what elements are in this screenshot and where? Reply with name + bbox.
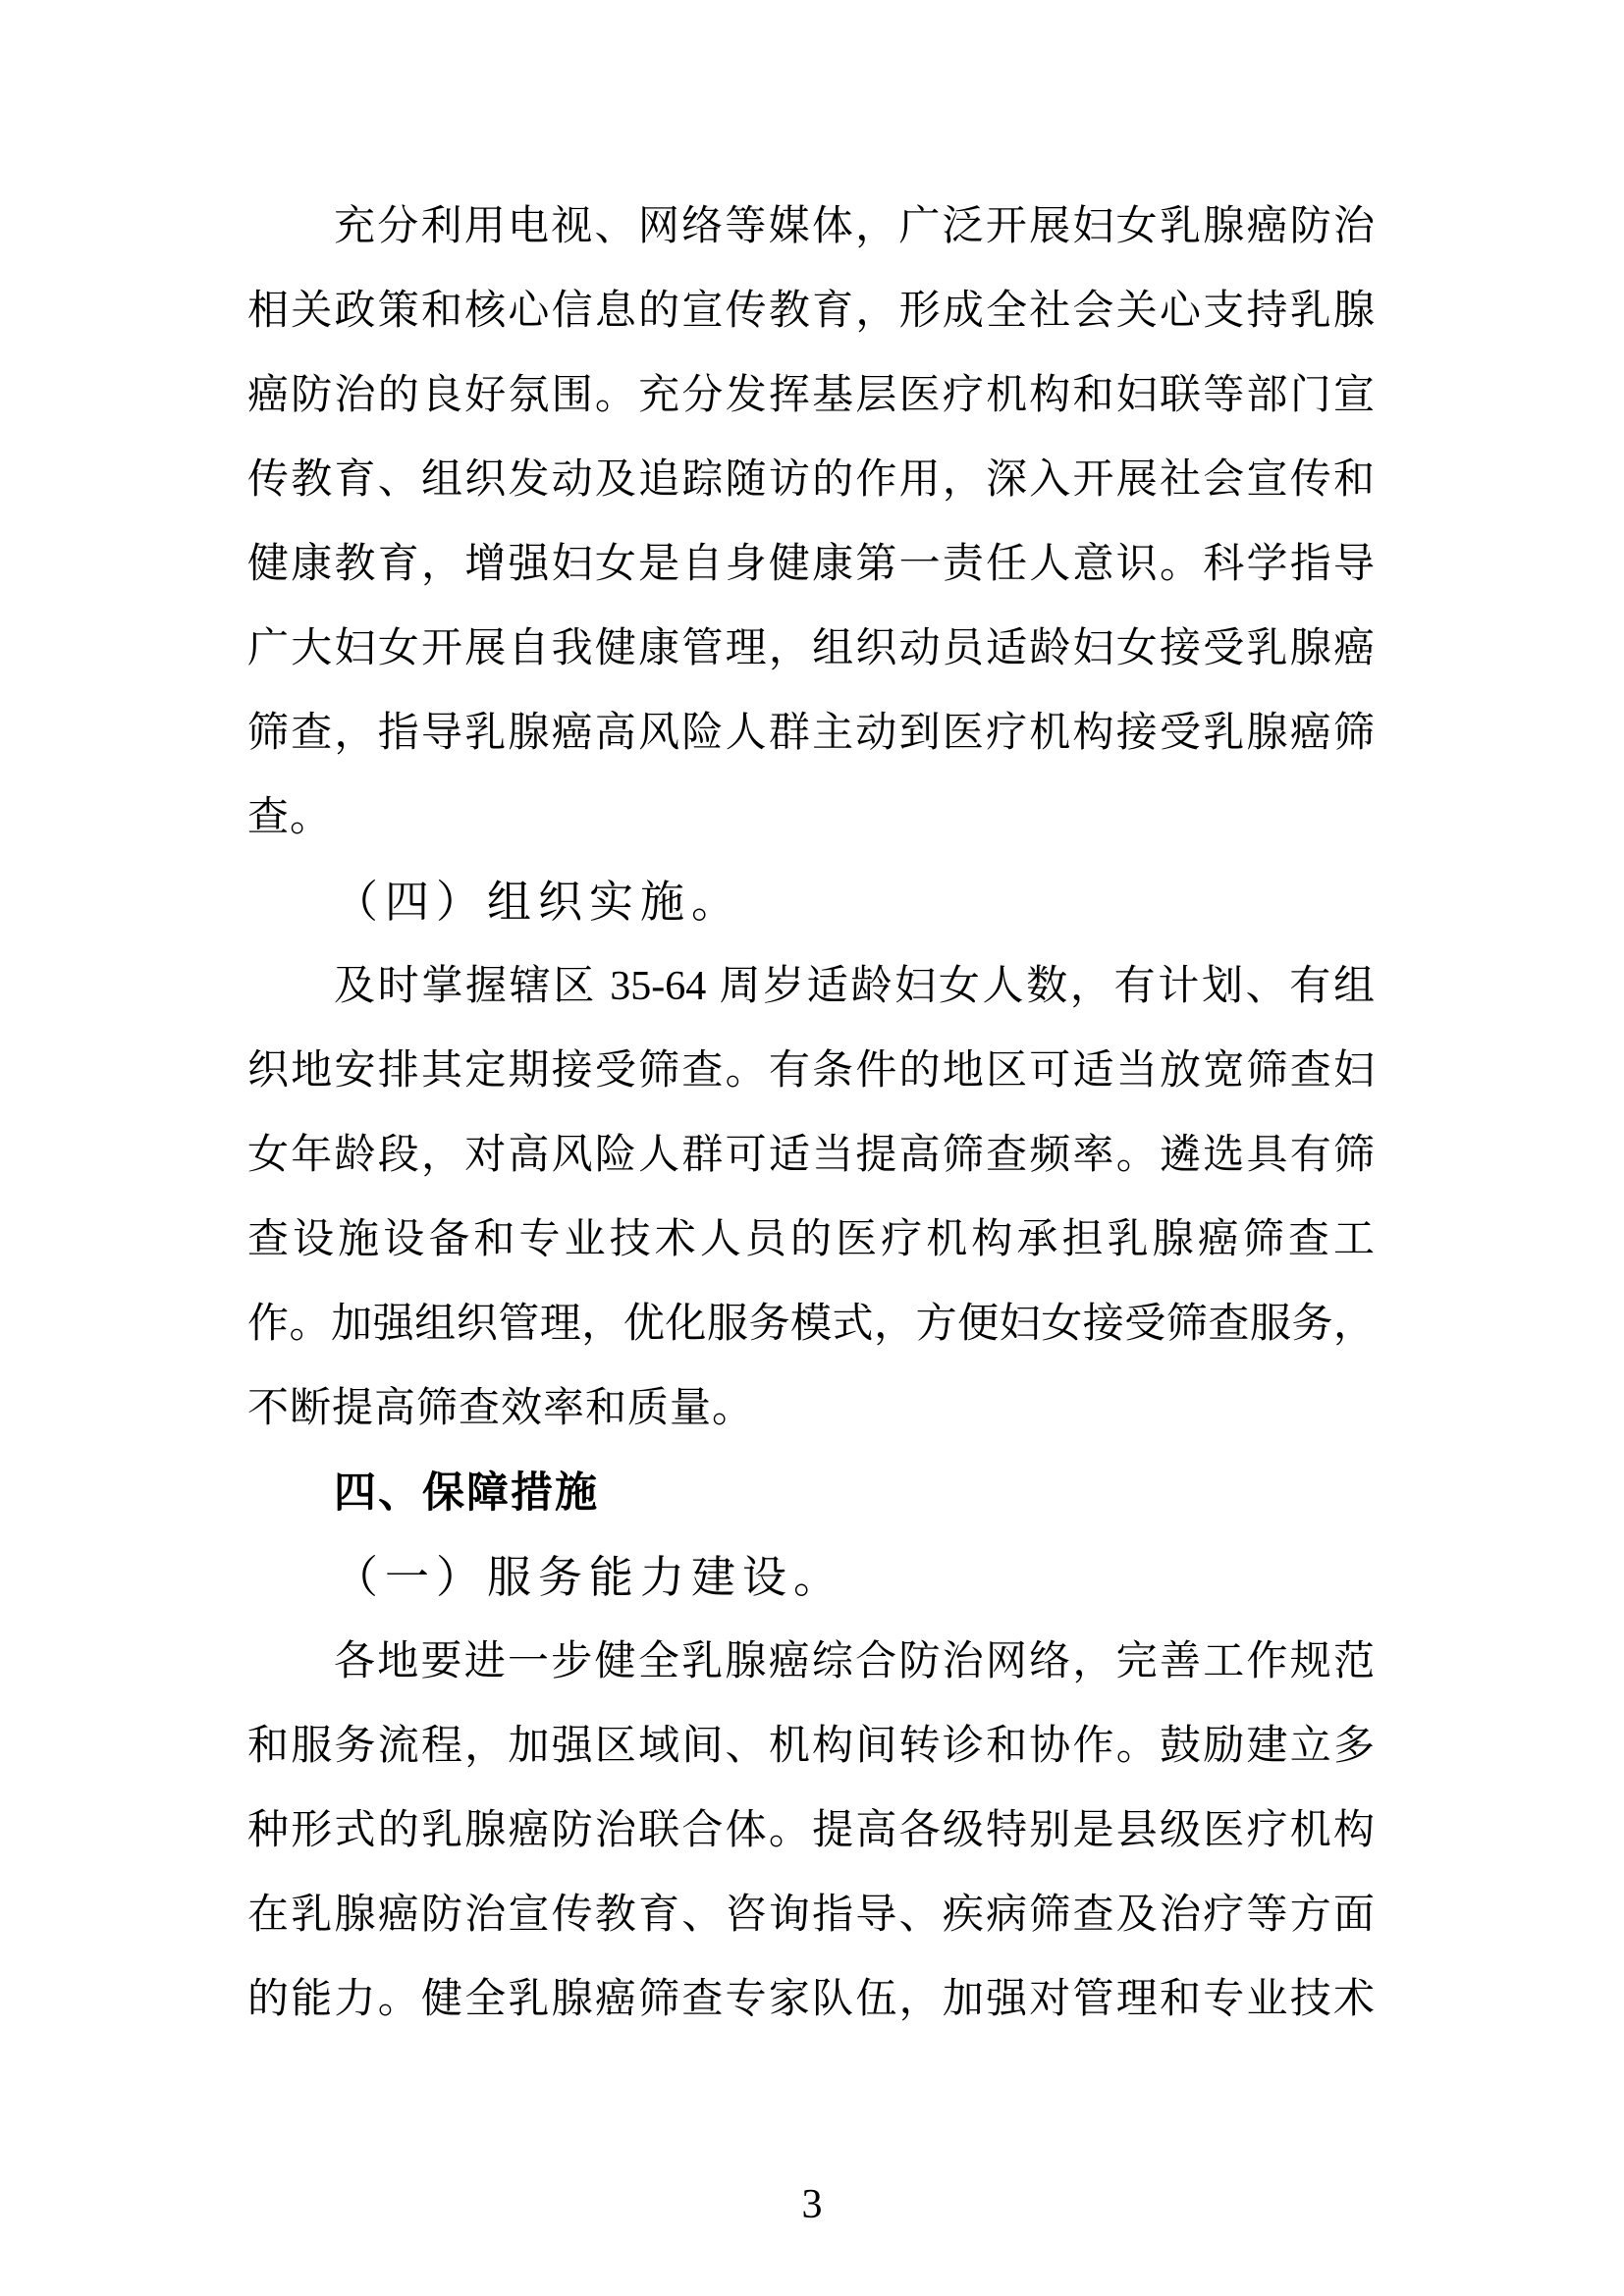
text-line: 作。加强组织管理，优化服务模式，方便妇女接受筛查服务， xyxy=(247,1282,1375,1366)
text-line: 充分利用电视、网络等媒体，广泛开展妇女乳腺癌防治 xyxy=(247,185,1375,269)
text-line: 女年龄段，对高风险人群可适当提高筛查频率。遴选具有筛 xyxy=(247,1113,1375,1198)
text-line: 相关政策和核心信息的宣传教育，形成全社会关心支持乳腺 xyxy=(247,269,1375,353)
text-line: 各地要进一步健全乳腺癌综合防治网络，完善工作规范 xyxy=(247,1620,1375,1704)
text-line: 在乳腺癌防治宣传教育、咨询指导、疾病筛查及治疗等方面 xyxy=(247,1873,1375,1957)
text-line: 种形式的乳腺癌防治联合体。提高各级特别是县级医疗机构 xyxy=(247,1789,1375,1873)
text-line: 广大妇女开展自我健康管理，组织动员适龄妇女接受乳腺癌 xyxy=(247,607,1375,691)
text-line: 四、保障措施 xyxy=(247,1451,1375,1535)
text-line: 织地安排其定期接受筛查。有条件的地区可适当放宽筛查妇 xyxy=(247,1029,1375,1113)
text-line: （一）服务能力建设。 xyxy=(247,1535,1375,1620)
text-line: 筛查，指导乳腺癌高风险人群主动到医疗机构接受乳腺癌筛 xyxy=(247,691,1375,775)
text-line: 癌防治的良好氛围。充分发挥基层医疗机构和妇联等部门宣 xyxy=(247,353,1375,438)
text-line: 查设施设备和专业技术人员的医疗机构承担乳腺癌筛查工 xyxy=(247,1198,1375,1282)
text-line: 和服务流程，加强区域间、机构间转诊和协作。鼓励建立多 xyxy=(247,1704,1375,1789)
document-page: 充分利用电视、网络等媒体，广泛开展妇女乳腺癌防治相关政策和核心信息的宣传教育，形… xyxy=(0,0,1624,2296)
text-line: 不断提高筛查效率和质量。 xyxy=(247,1366,1375,1451)
document-body: 充分利用电视、网络等媒体，广泛开展妇女乳腺癌防治相关政策和核心信息的宣传教育，形… xyxy=(247,185,1375,2042)
text-line: 传教育、组织发动及追踪随访的作用，深入开展社会宣传和 xyxy=(247,438,1375,522)
text-line: 的能力。健全乳腺癌筛查专家队伍，加强对管理和专业技术 xyxy=(247,1957,1375,2042)
text-line: （四）组织实施。 xyxy=(247,860,1375,944)
text-line: 健康教育，增强妇女是自身健康第一责任人意识。科学指导 xyxy=(247,522,1375,607)
page-footer: 3 xyxy=(0,2181,1624,2228)
text-line: 及时掌握辖区 35-64 周岁适龄妇女人数，有计划、有组 xyxy=(247,944,1375,1029)
page-number: 3 xyxy=(802,2182,823,2227)
text-line: 查。 xyxy=(247,775,1375,860)
